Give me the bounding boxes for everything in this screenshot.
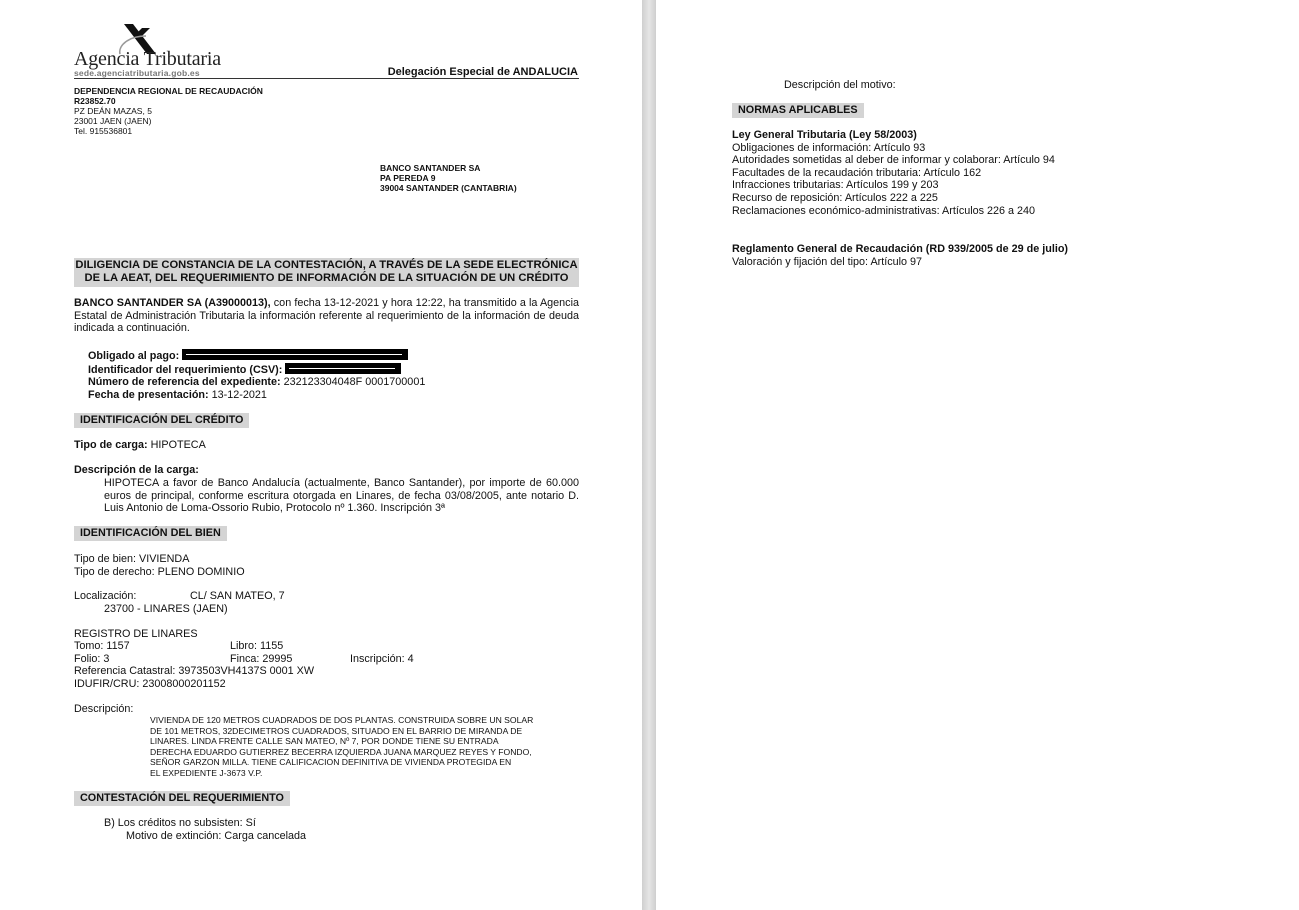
libro: Libro: 1155 xyxy=(230,640,283,653)
recipient-name: BANCO SANTANDER SA xyxy=(380,163,517,173)
document-title-line2: DE LA AEAT, DEL REQUERIMIENTO DE INFORMA… xyxy=(74,272,579,285)
expediente-value: 232123304048F 0001700001 xyxy=(281,376,426,388)
document-title-line1: DILIGENCIA DE CONSTANCIA DE LA CONTESTAC… xyxy=(74,259,579,272)
sender-street: PZ DEÁN MAZAS, 5 xyxy=(74,106,263,116)
document-page-2: Descripción del motivo: NORMAS APLICABLE… xyxy=(656,0,1299,910)
csv-label: Identificador del requerimiento (CSV): xyxy=(88,364,282,376)
fecha-value: 13-12-2021 xyxy=(209,389,267,401)
lgt-item: Recurso de reposición: Artículos 222 a 2… xyxy=(732,192,1055,205)
motivo-extincion: Motivo de extinción: Carga cancelada xyxy=(126,830,306,843)
intro-bank: BANCO SANTANDER SA (A39000013), xyxy=(74,297,271,309)
rgr-item: Valoración y fijación del tipo: Artículo… xyxy=(732,256,1068,269)
obligado-label: Obligado al pago: xyxy=(88,350,179,362)
ley-general-tributaria: Ley General Tributaria (Ley 58/2003) Obl… xyxy=(732,129,1055,217)
tomo: Tomo: 1157 xyxy=(74,640,130,653)
recipient-address: BANCO SANTANDER SA PA PEREDA 9 39004 SAN… xyxy=(380,163,517,193)
descripcion-line: DERECHA EDUARDO GUTIERREZ BECERRA IZQUIE… xyxy=(150,747,533,758)
descripcion-line: VIVIENDA DE 120 METROS CUADRADOS DE DOS … xyxy=(150,715,533,726)
tipo-derecho: Tipo de derecho: PLENO DOMINIO xyxy=(74,566,245,579)
sender-dependencia: DEPENDENCIA REGIONAL DE RECAUDACIÓN xyxy=(74,86,263,96)
redacted-obligado xyxy=(182,349,408,360)
lgt-title: Ley General Tributaria (Ley 58/2003) xyxy=(732,129,1055,142)
sender-phone: Tel. 915536801 xyxy=(74,126,263,136)
fecha-label: Fecha de presentación: xyxy=(88,389,209,401)
descripcion-line: LINARES. LINDA FRENTE CALLE SAN MATEO, N… xyxy=(150,736,533,747)
reglamento-recaudacion: Reglamento General de Recaudación (RD 93… xyxy=(732,243,1068,268)
referencia-catastral: Referencia Catastral: 3973503VH4137S 000… xyxy=(74,665,314,678)
lgt-item: Facultades de la recaudación tributaria:… xyxy=(732,167,1055,180)
section-contestacion: CONTESTACIÓN DEL REQUERIMIENTO xyxy=(74,791,290,806)
recipient-street: PA PEREDA 9 xyxy=(380,173,517,183)
section-identificacion-bien: IDENTIFICACIÓN DEL BIEN xyxy=(74,526,227,541)
descripcion-bien: VIVIENDA DE 120 METROS CUADRADOS DE DOS … xyxy=(150,715,533,779)
descripcion-motivo: Descripción del motivo: xyxy=(784,79,896,92)
recipient-city: 39004 SANTANDER (CANTABRIA) xyxy=(380,183,517,193)
document-title: DILIGENCIA DE CONSTANCIA DE LA CONTESTAC… xyxy=(74,258,579,287)
descripcion-line: DE 101 METROS, 32DECIMETROS CUADRADOS, S… xyxy=(150,726,533,737)
redacted-csv xyxy=(285,363,401,374)
sender-address: DEPENDENCIA REGIONAL DE RECAUDACIÓN R238… xyxy=(74,86,263,136)
lgt-item: Reclamaciones económico-administrativas:… xyxy=(732,205,1055,218)
bien-tipo: Tipo de bien: VIVIENDA Tipo de derecho: … xyxy=(74,553,245,578)
expediente-label: Número de referencia del expediente: xyxy=(88,376,281,388)
folio: Folio: 3 xyxy=(74,653,109,666)
creditos-no-subsisten: B) Los créditos no subsisten: Sí xyxy=(104,817,256,830)
tipo-carga-value: HIPOTECA xyxy=(148,439,206,451)
idufir: IDUFIR/CRU: 23008000201152 xyxy=(74,678,226,691)
registro: REGISTRO DE LINARES xyxy=(74,628,198,641)
localizacion-cp: 23700 - LINARES (JAEN) xyxy=(104,603,228,616)
section-normas-aplicables: NORMAS APLICABLES xyxy=(732,103,864,118)
desc-carga-value: HIPOTECA a favor de Banco Andalucía (act… xyxy=(104,477,579,515)
logo-url: sede.agenciatributaria.gob.es xyxy=(74,68,200,78)
delegacion-title: Delegación Especial de ANDALUCIA xyxy=(388,66,578,78)
descripcion-label: Descripción: xyxy=(74,703,133,716)
tipo-bien: Tipo de bien: VIVIENDA xyxy=(74,553,245,566)
sender-code: R23852.70 xyxy=(74,96,263,106)
tipo-carga-label: Tipo de carga: xyxy=(74,439,148,451)
lgt-item: Autoridades sometidas al deber de inform… xyxy=(732,154,1055,167)
section-identificacion-credito: IDENTIFICACIÓN DEL CRÉDITO xyxy=(74,413,249,428)
intro-paragraph: BANCO SANTANDER SA (A39000013), con fech… xyxy=(74,297,579,335)
lgt-item: Infracciones tributarias: Artículos 199 … xyxy=(732,179,1055,192)
descripcion-line: SEÑOR GARZON MILLA. TIENE CALIFICACION D… xyxy=(150,757,533,768)
request-details: Obligado al pago: Identificador del requ… xyxy=(88,349,425,401)
inscripcion: Inscripción: 4 xyxy=(350,653,414,666)
descripcion-line: EL EXPEDIENTE J-3673 V.P. xyxy=(150,768,533,779)
desc-carga-label: Descripción de la carga: xyxy=(74,464,199,477)
header-rule xyxy=(74,78,579,79)
localizacion-label: Localización: xyxy=(74,590,136,603)
finca: Finca: 29995 xyxy=(230,653,292,666)
localizacion-value: CL/ SAN MATEO, 7 xyxy=(190,590,285,603)
rgr-title: Reglamento General de Recaudación (RD 93… xyxy=(732,243,1068,256)
document-page-1: Agencia Tributaria sede.agenciatributari… xyxy=(0,0,642,910)
page-gutter xyxy=(642,0,656,910)
lgt-item: Obligaciones de información: Artículo 93 xyxy=(732,142,1055,155)
tipo-carga: Tipo de carga: HIPOTECA xyxy=(74,439,206,452)
sender-city: 23001 JAEN (JAEN) xyxy=(74,116,263,126)
